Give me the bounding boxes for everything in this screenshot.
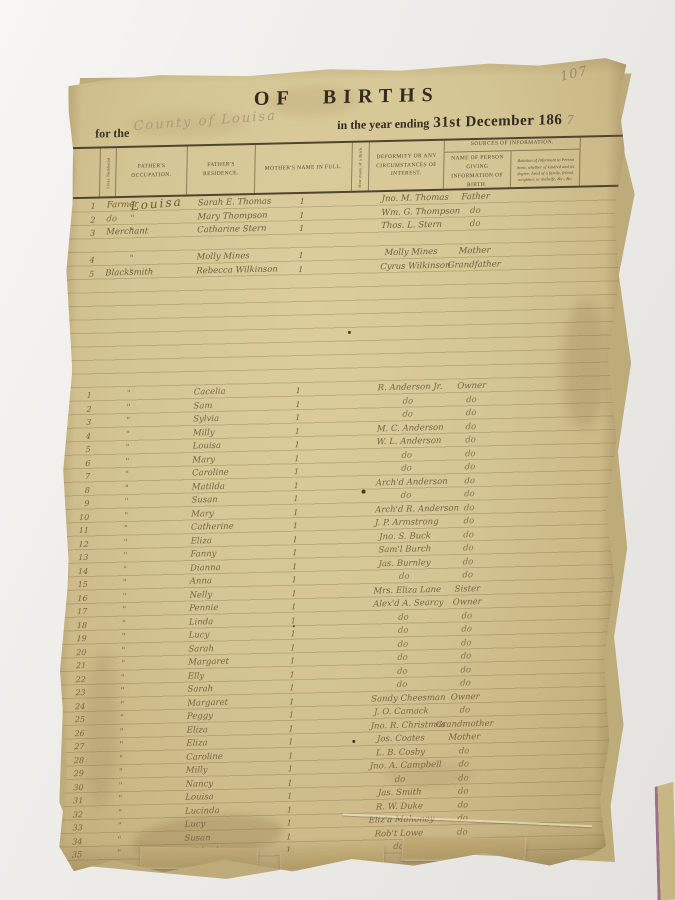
cell-informant: R. Anderson Jr.: [364, 383, 439, 395]
column-informant-relation: Relation of Informant to Person born, wh…: [510, 150, 580, 189]
cell-howmany: 1: [241, 790, 338, 803]
cell-residence: ": [106, 605, 177, 617]
cell-informant: do: [358, 653, 433, 665]
cell-informant: Rob't Lowe: [354, 829, 429, 841]
cell-relation: do: [437, 462, 503, 474]
cell-howmany: 1: [240, 831, 337, 844]
cell-informant: do: [358, 626, 433, 638]
cell-residence: ": [102, 794, 173, 806]
cell-informant: Jno. S. Buck: [360, 532, 435, 544]
cell-relation: do: [438, 395, 504, 407]
cell-residence: ": [104, 713, 175, 725]
register-page: 107 OF BIRTHS for the County of Louisa i…: [52, 58, 627, 877]
cell-num: 34: [52, 837, 85, 848]
cell-mother: Mildred: [172, 847, 240, 859]
cell-mother: Catherine: [179, 522, 247, 534]
cell-residence: ": [114, 227, 185, 239]
cell-residence: ": [102, 781, 173, 793]
cell-relation: do: [433, 652, 499, 664]
cell-num: 18: [57, 620, 90, 631]
cell-mother: Louisa: [181, 441, 249, 453]
cell-howmany: 1: [246, 574, 343, 587]
cell-relation: do: [432, 706, 498, 718]
cell-informant: W. L. Anderson: [362, 437, 437, 449]
cell-howmany: 1: [247, 507, 344, 520]
cell-residence: ": [109, 456, 180, 468]
cell-num: 23: [55, 688, 88, 699]
cell-informant: J. O. Camack: [357, 707, 432, 719]
cell-num: 4: [61, 431, 94, 442]
cell-informant: Jno. A. Campbell: [356, 761, 431, 773]
cell-num: 8: [60, 485, 93, 496]
cell-relation: do: [435, 571, 501, 583]
cell-relation: do: [433, 638, 499, 650]
cell-residence: ": [107, 578, 178, 590]
cell-mother: Mary: [179, 509, 247, 521]
cell-relation: do: [433, 665, 499, 677]
cell-occupation: Farmer: [99, 201, 115, 212]
cell-informant: Alex'd A. Searcy: [359, 599, 434, 611]
cell-num: 16: [57, 593, 90, 604]
ink-speck: [348, 331, 351, 334]
cell-occupation: do: [98, 215, 114, 226]
cell-informant: R. W. Duke: [355, 802, 430, 814]
cell-residence: ": [103, 754, 174, 766]
page-title: OF BIRTHS: [68, 80, 626, 116]
cell-num: 6: [60, 458, 93, 469]
cell-num: 3: [61, 418, 94, 429]
cell-residence: ": [103, 740, 174, 752]
cell-num: 19: [57, 634, 90, 645]
cell-relation: do: [442, 206, 508, 218]
cell-howmany: 1: [241, 777, 338, 790]
subtitle-prefix: for the: [95, 126, 129, 142]
cell-relation: do: [430, 787, 496, 799]
cell-num: 1: [62, 391, 95, 402]
cell-residence: ": [110, 429, 181, 441]
cell-informant: do: [354, 842, 429, 854]
column-deformity: DEFORMITY OR ANY CIRCUMSTANCES OF INTERE…: [368, 141, 444, 191]
cell-howmany: 1: [249, 426, 346, 439]
cell-mother: Molly Mines: [184, 252, 252, 264]
cell-informant: Wm. G. Thompson: [367, 207, 442, 219]
cell-mother: Mary: [180, 455, 248, 467]
cell-num: 2: [61, 404, 94, 415]
cell-num: 10: [59, 512, 92, 523]
cell-howmany: 1: [247, 493, 344, 506]
cell-howmany: 1: [240, 844, 337, 857]
cell-howmany: 1: [244, 655, 341, 668]
cell-residence: ": [110, 443, 181, 455]
cell-howmany: 1: [246, 561, 343, 574]
cell-howmany: 1: [252, 250, 349, 263]
cell-residence: ": [106, 591, 177, 603]
cell-howmany: 1: [252, 263, 349, 276]
left-margin-cell: [66, 149, 100, 198]
cell-residence: ": [113, 267, 184, 279]
cell-num: 33: [53, 823, 86, 834]
cell-residence: ": [111, 389, 182, 401]
document-stack: 107 OF BIRTHS for the County of Louisa i…: [52, 57, 644, 886]
cell-mother: Matilda: [180, 482, 248, 494]
cell-informant: J. P. Armstrong: [361, 518, 436, 530]
cell-howmany: 1: [243, 696, 340, 709]
cell-num: 13: [58, 553, 91, 564]
cell-mother: Eliza: [174, 738, 242, 750]
cell-relation: Owner: [434, 598, 500, 610]
cell-informant: Jno. M. Thomas: [368, 194, 443, 206]
cell-informant: Cyrus Wilkinson: [366, 261, 441, 273]
cell-howmany: 1: [253, 223, 350, 236]
column-how-many-of-a-birth: How many of a Birth.: [351, 142, 369, 190]
cell-mother: Nelly: [177, 590, 245, 602]
subtitle-small: in the year ending: [337, 116, 429, 132]
cell-residence: ": [104, 726, 175, 738]
cell-informant: do: [357, 680, 432, 692]
photo-background: 107 OF BIRTHS for the County of Louisa i…: [0, 0, 675, 900]
cell-howmany: 1: [243, 682, 340, 695]
cell-informant: do: [358, 640, 433, 652]
cell-mother: Dianna: [178, 563, 246, 575]
adjacent-document-edge: [654, 782, 675, 900]
cell-relation: do: [431, 760, 497, 772]
cell-mother: Fanny: [178, 549, 246, 561]
cell-informant: do: [361, 491, 436, 503]
cell-num: 1: [66, 202, 99, 213]
cell-mother: Sarah: [176, 644, 244, 656]
cell-relation: do: [430, 773, 496, 785]
cell-residence: ": [102, 821, 173, 833]
cell-num: 29: [54, 769, 87, 780]
column-mother-name: MOTHER'S NAME IN FULL.: [254, 143, 352, 193]
cell-howmany: 1: [248, 480, 345, 493]
cell-howmany: 1: [249, 412, 346, 425]
cell-num: 25: [55, 715, 88, 726]
cell-residence: ": [101, 835, 172, 847]
cell-num: 5: [64, 269, 97, 280]
cell-residence: ": [108, 510, 179, 522]
cell-relation: do: [429, 827, 495, 839]
cell-informant: do: [362, 464, 437, 476]
cell-num: 26: [55, 728, 88, 739]
cell-howmany: 1: [243, 709, 340, 722]
cell-informant: L. B. Cosby: [356, 748, 431, 760]
cell-relation: Owner: [432, 692, 498, 704]
cell-residence: ": [114, 213, 185, 225]
cell-informant: do: [360, 572, 435, 584]
cell-mother: Pennie: [177, 603, 245, 615]
cell-mother: Milly: [174, 765, 242, 777]
cell-relation: do: [438, 422, 504, 434]
cell-num: 24: [55, 701, 88, 712]
cell-residence: ": [101, 848, 172, 860]
cell-informant: Sam'l Burch: [360, 545, 435, 557]
cell-informant: Thos. L. Stern: [367, 221, 442, 233]
cell-relation: do: [437, 435, 503, 447]
cell-relation: do: [433, 625, 499, 637]
cell-howmany: 1: [248, 439, 345, 452]
cell-howmany: 1: [250, 385, 347, 398]
subtitle-big: 31st December 186: [433, 112, 562, 131]
cell-informant: Molly Mines: [366, 248, 441, 260]
cell-num: 3: [65, 229, 98, 240]
cell-mother: Eliza: [175, 725, 243, 737]
cell-howmany: 1: [254, 196, 351, 209]
cell-informant: do: [359, 613, 434, 625]
cell-relation: Grandfather: [441, 260, 507, 272]
cell-relation: Grandmother: [431, 719, 497, 731]
cell-informant: do: [363, 410, 438, 422]
cell-residence: ": [110, 402, 181, 414]
cell-relation: Mother: [431, 733, 497, 745]
column-father-occupation: FATHER'S OCCUPATION.: [115, 147, 187, 197]
cell-relation: do: [438, 408, 504, 420]
cell-relation: do: [436, 489, 502, 501]
cell-residence: ": [108, 537, 179, 549]
cell-informant: Arch'd Anderson: [362, 477, 437, 489]
cell-informant: M. C. Anderson: [363, 423, 438, 435]
cell-num: 7: [60, 472, 93, 483]
cell-relation: Mother: [441, 246, 507, 258]
cell-relation: do: [442, 219, 508, 231]
cell-mother: Peggy: [175, 711, 243, 723]
cell-informant: do: [358, 667, 433, 679]
entries-block-top: 1FarmerLouisaSarah E. Thomas1Jno. M. Tho…: [64, 187, 624, 281]
cell-num: 5: [61, 445, 94, 456]
cell-num: 30: [53, 782, 86, 793]
cell-mother: Anna: [178, 576, 246, 588]
cell-residence: ": [107, 551, 178, 563]
cell-residence: ": [109, 483, 180, 495]
cell-howmany: 1: [244, 669, 341, 682]
trailing-cell: [579, 137, 625, 186]
cell-relation: do: [434, 611, 500, 623]
cell-informant: Mrs. Eliza Lane: [359, 586, 434, 598]
cell-mother: Elly: [176, 671, 244, 683]
cell-mother: Susan: [179, 495, 247, 507]
cell-occupation: Blacksmith: [97, 269, 113, 280]
cell-howmany: 1: [241, 804, 338, 817]
cell-deformity: [337, 853, 354, 855]
cell-num: 2: [65, 215, 98, 226]
cell-mother: Sarah: [175, 684, 243, 696]
cell-relation: do: [437, 449, 503, 461]
cell-residence: ": [102, 808, 173, 820]
cell-residence: ": [108, 497, 179, 509]
cell-informant: do: [362, 450, 437, 462]
cell-num: 31: [53, 796, 86, 807]
cell-num: 11: [59, 526, 92, 537]
cell-residence: ": [105, 645, 176, 657]
cell-mother: Lucy: [173, 820, 241, 832]
cell-relation: do: [430, 800, 496, 812]
cell-residence: ": [110, 416, 181, 428]
cell-relation: do: [437, 476, 503, 488]
entries-block-main: 1"Cacelia1R. Anderson Jr.Owner2"Sam1dodo…: [52, 376, 620, 862]
cell-mother: Susan: [172, 833, 240, 845]
cell-residence: ": [105, 672, 176, 684]
cell-howmany: 1: [247, 534, 344, 547]
cell-howmany: 1: [249, 399, 346, 412]
cell-residence: ": [109, 470, 180, 482]
cell-howmany: 1: [241, 817, 338, 830]
cell-residence: ": [107, 564, 178, 576]
cell-residence: ": [106, 618, 177, 630]
column-group-sources: SOURCES OF INFORMATION. NAME OF PERSON G…: [443, 138, 580, 189]
cell-howmany: 1: [242, 736, 339, 749]
cell-mother: Cacelia: [182, 387, 250, 399]
cell-mother: Milly: [181, 428, 249, 440]
cell-relation: do: [436, 517, 502, 529]
cell-relation: do: [435, 544, 501, 556]
cell-howmany: 1: [248, 453, 345, 466]
cell-informant: Jno. R. Christmas: [357, 721, 432, 733]
cell-mother: Sam: [181, 401, 249, 413]
cell-mother: Caroline: [180, 468, 248, 480]
cell-relation: do: [435, 557, 501, 569]
cell-num: 14: [58, 566, 91, 577]
cell-relation: Sister: [434, 584, 500, 596]
cell-residence: ": [103, 767, 174, 779]
cell-mother: Eliza: [179, 536, 247, 548]
cell-howmany: 1: [253, 209, 350, 222]
cell-informant: Sandy Cheesman: [357, 694, 432, 706]
subtitle-rest: in the year ending 31st December 186 7: [337, 111, 574, 134]
cell-mother: Lucinda: [173, 806, 241, 818]
cell-occupation: [85, 859, 101, 861]
cell-mother: Caroline: [174, 752, 242, 764]
cell-howmany: 1: [245, 601, 342, 614]
cell-num: 22: [56, 674, 89, 685]
cell-howmany: 1: [244, 642, 341, 655]
cell-deformity: [349, 272, 366, 274]
cell-num: 12: [59, 539, 92, 550]
cell-relation: do: [429, 841, 495, 853]
cell-howmany: 1: [248, 466, 345, 479]
cell-num: 32: [53, 810, 86, 821]
cell-relation: do: [432, 679, 498, 691]
cell-mother: Lucy: [177, 630, 245, 642]
cell-informant: Jas. Smith: [355, 788, 430, 800]
cell-num: 4: [64, 256, 97, 267]
cell-mother: Sylvia: [181, 414, 249, 426]
cell-residence: ": [106, 632, 177, 644]
cell-num: 21: [56, 661, 89, 672]
column-informant-name: NAME OF PERSON GIVING INFORMATION OF BIR…: [444, 152, 511, 189]
cell-howmany: 1: [245, 628, 342, 641]
cell-relation: Father: [443, 192, 509, 204]
cell-howmany: 1: [246, 547, 343, 560]
cell-howmany: 1: [243, 723, 340, 736]
cell-mother: Mary Thompson: [185, 212, 253, 224]
cell-informant: Arch'd R. Anderson: [361, 504, 436, 516]
cell-mother: Margaret: [175, 698, 243, 710]
cell-mother: Rebecca Wilkinson: [184, 266, 252, 278]
cell-residence: ": [113, 254, 184, 266]
cell-relation: Owner: [439, 381, 505, 393]
cell-howmany: 1: [242, 750, 339, 763]
cell-residence: ": [104, 699, 175, 711]
year-digit-handwritten: 7: [566, 113, 574, 127]
cell-mother: Margaret: [176, 657, 244, 669]
cell-relation: do: [436, 503, 502, 515]
cell-howmany: 1: [242, 763, 339, 776]
cell-residence: ": [104, 686, 175, 698]
cell-occupation: Merchant: [98, 228, 114, 239]
cell-relation: do: [431, 746, 497, 758]
cell-informant: do: [363, 396, 438, 408]
cell-num: 28: [54, 755, 87, 766]
cell-residence: ": [105, 659, 176, 671]
column-father-residence: FATHER'S RESIDENCE.: [186, 145, 255, 195]
cell-num: 9: [59, 499, 92, 510]
cell-num: 27: [54, 742, 87, 753]
cell-residence: ": [108, 524, 179, 536]
cell-num: 35: [52, 850, 85, 861]
cell-mother: Sarah E. Thomas: [186, 198, 254, 210]
cell-informant: Jos. Coates: [356, 734, 431, 746]
cell-num: 20: [56, 647, 89, 658]
cell-mother: Nancy: [173, 779, 241, 791]
cell-num: 15: [58, 580, 91, 591]
cell-informant: Jas. Burnley: [360, 559, 435, 571]
cell-howmany: 1: [245, 588, 342, 601]
cell-informant: do: [355, 775, 430, 787]
cell-mother: Catharine Stern: [185, 225, 253, 237]
cell-mother: Linda: [177, 617, 245, 629]
cell-mother: Louisa: [173, 792, 241, 804]
cell-num: 17: [57, 607, 90, 618]
cell-relation: do: [435, 530, 501, 542]
cell-howmany: 1: [247, 520, 344, 533]
column-line-number: Lines Numbered.: [99, 148, 116, 196]
